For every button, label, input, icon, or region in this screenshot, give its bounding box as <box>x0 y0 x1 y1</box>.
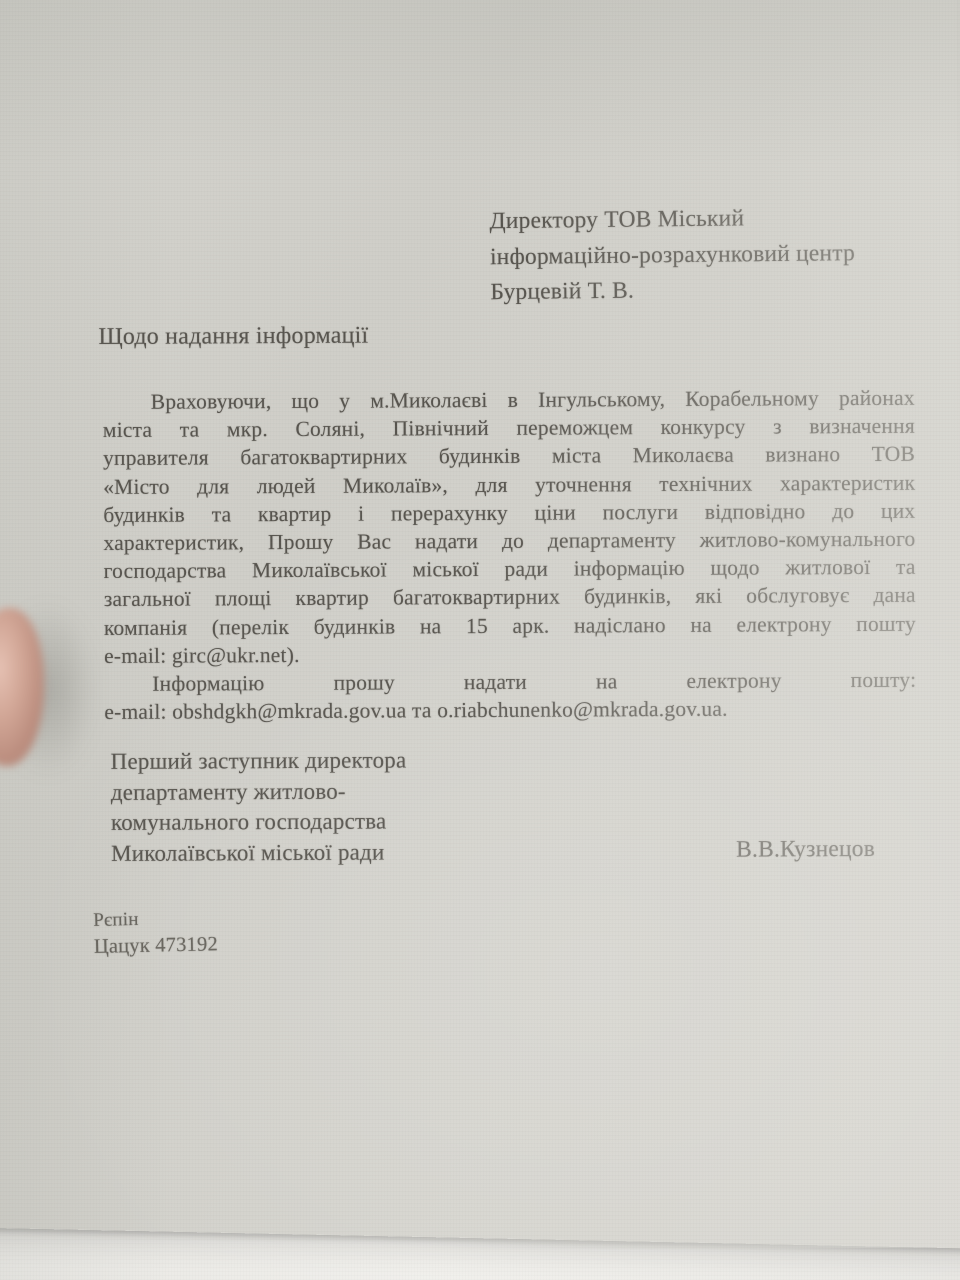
recipient-line: Директору ТОВ Міський <box>489 199 909 239</box>
body-line: e-mail: girc@ukr.net). <box>104 638 916 670</box>
body-line: управителя багатоквартирних будинків міс… <box>103 440 915 472</box>
subject-line: Щодо надання інформації <box>98 321 598 351</box>
body-line: господарства Миколаївської міської ради … <box>104 553 916 585</box>
body-paragraph-1: Враховуючи, що у м.Миколаєві в Інгульськ… <box>103 384 916 670</box>
footer-block: РєпінЦацук 473192 <box>93 902 334 961</box>
recipient-line: Бурцевій Т. В. <box>490 270 910 310</box>
body-line: характеристик, Прошу Вас надати до депар… <box>103 525 915 557</box>
signatory-name: В.В.Кузнецов <box>736 836 875 864</box>
body-line: компанія (перелік будинків на 15 арк. на… <box>104 609 916 641</box>
footer-line: Цацук 473192 <box>94 929 335 961</box>
body-paragraph-2: Інформацію прошу надати на електрону пош… <box>104 666 916 727</box>
signature-line: Миколаївської міської ради <box>111 836 531 869</box>
photo-background: { "photo": { "paper_color": "#d4d3cd", "… <box>0 0 960 1280</box>
signature-line: департаменту житлово- <box>111 775 531 808</box>
body-line: будинків та квартир і перерахунку ціни п… <box>103 497 915 529</box>
signature-block: Перший заступник директорадепартаменту ж… <box>111 745 532 869</box>
body-line: міста та мкр. Соляні, Північний переможц… <box>103 412 915 444</box>
recipient-block: Директору ТОВ Міськийінформаційно-розрах… <box>489 199 910 310</box>
body-line: Враховуючи, що у м.Миколаєві в Інгульськ… <box>103 384 915 416</box>
letter-content: Директору ТОВ Міськийінформаційно-розрах… <box>0 0 960 1280</box>
body-line: Інформацію прошу надати на електрону пош… <box>104 666 916 698</box>
body-line: загальної площі квартир багатоквартирних… <box>104 581 916 613</box>
body-line: «Місто для людей Миколаїв», для уточненн… <box>103 468 915 500</box>
recipient-line: інформаційно-розрахунковий центр <box>490 235 910 275</box>
signature-line: комунального господарства <box>111 806 531 839</box>
body-line: e-mail: obshdgkh@mkrada.gov.ua та o.riab… <box>104 694 916 726</box>
signature-line: Перший заступник директора <box>111 745 531 778</box>
